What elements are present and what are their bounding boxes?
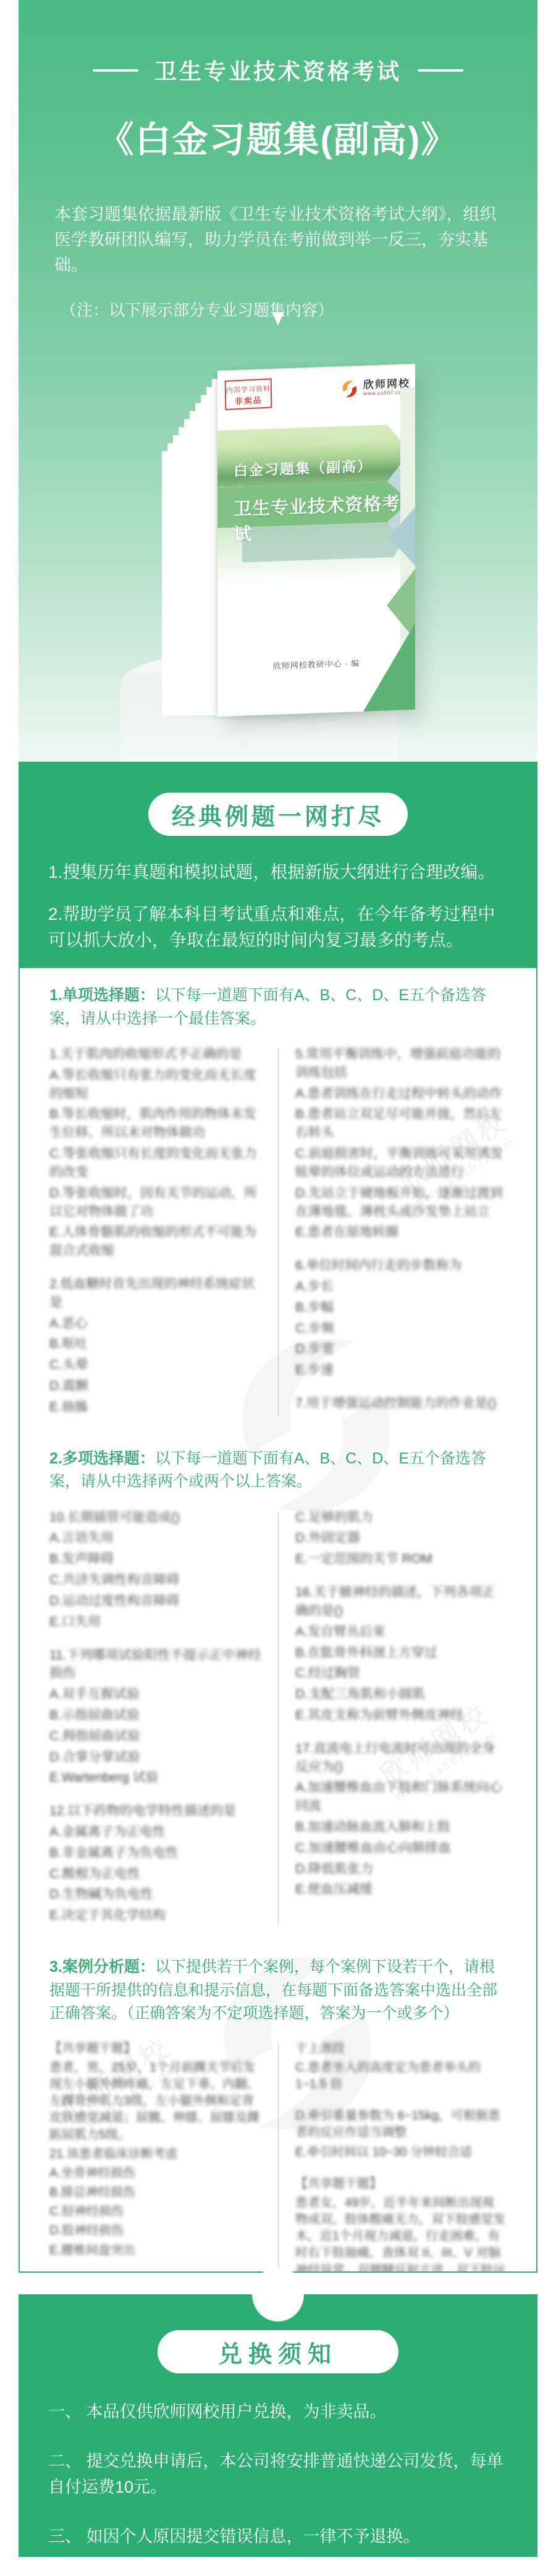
question-line: E.患者在原地转圈 [295, 1223, 507, 1242]
question-line: D.合掌分掌试验 [49, 1748, 263, 1767]
question-line: B.非金属离子为负电性 [49, 1844, 263, 1863]
cover-editor-line: 欣师网校教研中心 · 编 [217, 655, 415, 673]
question-line: A.加速腰椎血由下肢和门脉系统向心回流 [295, 1778, 507, 1816]
question-line: 于上颈段 [295, 2040, 507, 2057]
question-line: 6.单位时间内行走的步数称为 [295, 1256, 507, 1275]
question-line: 【共享题干题】 [295, 2176, 507, 2192]
question-line [295, 1382, 507, 1392]
question-line: C.胫神经损伤 [49, 2203, 263, 2220]
question-line: A.等长收缩只有张力的变化而无长度的缩短 [49, 1066, 263, 1103]
section-header-multi-choice: 2.多项选择题：以下每一道题下面有A、B、C、D、E五个备选答案，请从中选择两个… [49, 1447, 507, 1494]
question-line: E.人体骨骼肌的收缩的形式不可能为混合式收缩 [49, 1223, 263, 1260]
question-column-left: 1.关于肌肉的收缩形式不正确的是A.等长收缩只有张力的变化而无长度的缩短B.等长… [49, 1045, 278, 1419]
question-line: B.步幅 [295, 1299, 507, 1317]
stamp-line2: 非卖品 [226, 393, 271, 407]
question-line: D.运动过度性构音障碍 [49, 1592, 263, 1610]
question-line: 17.直流电上行电流时可出现的全身反应为() [295, 1740, 507, 1777]
question-line: 7.用于增强运动控制能力的作业是() [295, 1394, 507, 1413]
question-line: C.酸根为正电性 [49, 1865, 263, 1884]
question-line: 12.以下药物的电学特性描述的是 [49, 1802, 263, 1820]
internal-material-stamp: 内部学习资料 非卖品 [225, 378, 272, 410]
question-line: E.腰椎间盘突出 [49, 2242, 263, 2259]
question-line: D.股神经损伤 [49, 2223, 263, 2239]
redeem-badge: 兑换须知 [158, 2330, 398, 2373]
question-line: D.震颤 [49, 1377, 263, 1395]
question-line: 1.关于肌肉的收缩形式不正确的是 [49, 1045, 263, 1064]
redeem-item: 三、 如因个人原因提交错误信息，一律不予退换。 [48, 2524, 508, 2550]
question-column-right: C.足够的肌力D.外固定器E.一定范围的关节 ROM16.关于腋神经的描述，下列… [278, 1509, 507, 1927]
question-line: C.经过胸管 [295, 1664, 507, 1683]
question-line: C.拇指屈曲试验 [49, 1727, 263, 1746]
question-line: A.步长 [295, 1277, 507, 1296]
question-column-right: 5.常用平衡训练中，增强前庭功能的训练包括A.患者训练在行走过程中转头的动作B.… [278, 1045, 507, 1419]
question-line [49, 2262, 263, 2271]
question-line: C.患者坐入的高度定为患者举头的 1~1.5 倍 [295, 2060, 507, 2093]
question-line [295, 1727, 507, 1737]
question-line [49, 1634, 263, 1644]
redeem-item: 一、 本品仅供欣师网校用户兑换，为非卖品。 [48, 2399, 508, 2425]
section-label: 1.单项选择题： [49, 987, 155, 1004]
question-line: C.等张收缩只有长度的变化而无张力的改变 [49, 1145, 263, 1182]
question-line: E.牵引时间以 10~30 分钟较合适 [295, 2144, 507, 2161]
brand-swirl-icon [339, 378, 360, 400]
question-line: B.发声障碍 [49, 1550, 263, 1568]
question-column-right: 于上颈段C.患者坐入的高度定为患者举头的 1~1.5 倍D.牵引重量参数为 6~… [278, 2040, 507, 2273]
question-line [295, 1571, 507, 1581]
question-line: A.发自臂丛后束 [295, 1623, 507, 1641]
question-line: D.等张收缩时，因有关节的运动，所以它对物体做了功 [49, 1184, 263, 1221]
section-label: 3.案例分析题： [49, 1958, 155, 1976]
section-header-single-choice: 1.单项选择题：以下每一道题下面有A、B、C、D、E五个备选答案，请从中选择一个… [49, 984, 507, 1030]
redeem-panel: 兑换须知 一、 本品仅供欣师网校用户兑换，为非卖品。二、 提交兑换申请后，本公司… [19, 2294, 537, 2557]
question-line [295, 2163, 507, 2173]
question-line: D.步宽 [295, 1340, 507, 1358]
case-analysis-questions: 【共享题干题】患者，男，25岁，1个月前踝关节后发现左小腿外侧疼痛，左足下垂、内… [49, 2040, 507, 2273]
question-line: 5.常用平衡训练中，增强前庭功能的训练包括 [295, 1045, 507, 1082]
question-line: A.恶心 [49, 1315, 263, 1333]
question-line: D.降低肌张力 [295, 1860, 507, 1879]
question-column-left: 10.长期插管可能造成()A.言语失用B.发声障碍C.共济失调性构音障碍D.运动… [49, 1509, 278, 1927]
question-line: E.决定于其化学结构 [49, 1906, 263, 1925]
question-line: B.等长收缩时，肌肉作用的物体未发生位移，所以未对物体做功 [49, 1105, 263, 1142]
question-line: 21.该患者临床诊断考虑 [49, 2146, 263, 2163]
question-line: B.在肱骨外科颈上方穿过 [295, 1644, 507, 1662]
question-line: D.先站立于硬地板开始，逐渐过渡到在薄地毯、薄枕头或沙发垫上站立 [295, 1184, 507, 1221]
feature-point: 1.搜集历年真题和模拟试题，根据新版大纲进行合理改编。 [48, 859, 508, 885]
hero-section: 卫生专业技术资格考试 《白金习题集(副高)》 本套习题集依据最新版《卫生专业技术… [19, 0, 537, 762]
question-line: 患者，男，25岁，1个月前踝关节后发现左小腿外侧疼痛，左足下垂、内翻，左踝背伸肌… [49, 2060, 263, 2144]
question-line: C.步频 [295, 1320, 507, 1338]
question-line: B.患者站立双足尽可能并拢，然后左右转头 [295, 1105, 507, 1142]
question-line: D.牵引重量参数为 6~15kg，可根据患者的反应作适当调整 [295, 2108, 507, 2141]
question-line: A.坐骨神经损伤 [49, 2165, 263, 2182]
question-line: E.使血压减缓 [295, 1880, 507, 1899]
feature-badge: 经典例题一网打尽 [148, 793, 408, 836]
feature-panel: 经典例题一网打尽 1.搜集历年真题和模拟试题，根据新版大纲进行合理改编。2.帮助… [19, 762, 537, 968]
question-column-left: 【共享题干题】患者，男，25岁，1个月前踝关节后发现左小腿外侧疼痛，左足下垂、内… [49, 2040, 278, 2273]
question-line: E.抽搐 [49, 1398, 263, 1416]
book-scene: 内部学习资料 非卖品 欣师网校 www.xs507.com 白金习题集（副高） … [19, 0, 537, 762]
multi-choice-questions: 10.长期插管可能造成()A.言语失用B.发声障碍C.共济失调性构音障碍D.运动… [49, 1509, 507, 1927]
single-choice-questions: 1.关于肌肉的收缩形式不正确的是A.等长收缩只有张力的变化而无长度的缩短B.等长… [49, 1045, 507, 1419]
feature-point: 2.帮助学员了解本科目考试重点和难点，在今年备考过程中可以抓大放小，争取在最短的… [48, 901, 508, 953]
question-line: A.患者训练在行走过程中转头的动作 [295, 1085, 507, 1103]
question-line: B.示指屈曲试验 [49, 1706, 263, 1725]
questions-card: 欣师网校www.xs507.com 欣师网校www.xs507.com 欣师网校… [19, 968, 537, 2273]
question-line [295, 1244, 507, 1254]
question-line: C.共济失调性构音障碍 [49, 1571, 263, 1589]
question-line: A.言语失用 [49, 1529, 263, 1547]
question-line [295, 2095, 507, 2105]
question-line: 10.长期插管可能造成() [49, 1509, 263, 1527]
question-line: 16.关于腋神经的描述，下列各项正确的是() [295, 1583, 507, 1620]
question-line: B.腓总神经损伤 [49, 2184, 263, 2201]
question-line: A.双手互握试验 [49, 1685, 263, 1704]
question-line: 【共享题干题】 [49, 2040, 263, 2057]
question-line: B.加速动脉血流入肺和上肢 [295, 1818, 507, 1837]
cover-title-line2: 卫生专业技术资格考试 [234, 489, 415, 546]
question-line [49, 1263, 263, 1273]
question-line: D.生物碱为负电性 [49, 1885, 263, 1904]
question-line: B.呕吐 [49, 1335, 263, 1353]
question-line: A.金属离子为正电性 [49, 1823, 263, 1842]
redeem-item: 二、 提交兑换申请后，本公司将安排普通快递公司发货，每单自付运费10元。 [48, 2449, 508, 2501]
question-line: C.加速腰椎血由心向肺排血 [295, 1839, 507, 1858]
question-line: E.口失用 [49, 1613, 263, 1631]
question-line: C.足够的肌力 [295, 1509, 507, 1527]
question-line: E.其皮支称为前臂外侧皮神经 [295, 1706, 507, 1725]
brand-logo: 欣师网校 www.xs507.com [339, 376, 410, 400]
question-line: E.步速 [295, 1361, 507, 1379]
question-line: 患者女，49岁，近半年来间断出现视物成双，肢体酸痛无力，双下肢感觉发木，近1个月… [295, 2195, 507, 2273]
section-header-case-analysis: 3.案例分析题：以下提供若干个案例，每个案例下设若干个，请根据题干所提供的信息和… [49, 1956, 507, 2026]
question-line: 2.低血糖时首先出现的神经系统症状是 [49, 1275, 263, 1312]
question-line: C.前庭损害时，平衡训练可采用诱发眩晕的体位或运动的方法进行 [295, 1145, 507, 1182]
top-notch [252, 2267, 304, 2321]
book-cover: 内部学习资料 非卖品 欣师网校 www.xs507.com 白金习题集（副高） … [217, 364, 415, 717]
question-line: E.一定范围的关节 ROM [295, 1550, 507, 1568]
question-line: D.支配三角肌和小圆肌 [295, 1685, 507, 1704]
question-line: 11.下列哪项试验阳性不提示正中神经损伤 [49, 1646, 263, 1683]
question-line [49, 1790, 263, 1799]
question-line: E.Wartenberg 试验 [49, 1769, 263, 1787]
section-label: 2.多项选择题： [49, 1450, 155, 1467]
question-line: D.外固定器 [295, 1529, 507, 1547]
question-line: C.头晕 [49, 1356, 263, 1374]
